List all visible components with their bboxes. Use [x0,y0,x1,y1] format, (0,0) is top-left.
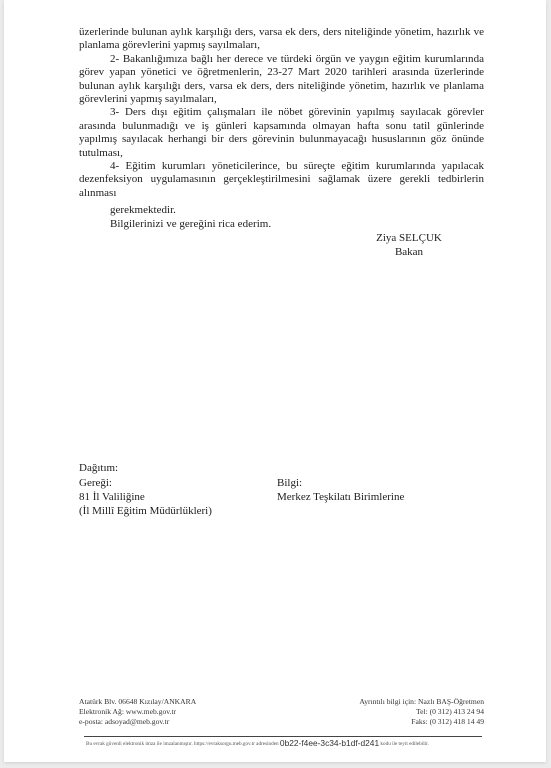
footer-web: Elektronik Ağ: www.meb.gov.tr [79,707,196,717]
letter-footer: Atatürk Blv. 06648 Kızılay/ANKARA Elektr… [79,697,484,727]
action-heading: Gereği: [79,476,277,490]
action-recipient-detail: (İl Millî Eğitim Müdürlükleri) [79,504,277,518]
signatory-name: Ziya SELÇUK [364,231,454,245]
distribution-action-column: Gereği: 81 İl Valiliğine (İl Millî Eğiti… [79,476,277,518]
paragraph-item-2: 2- Bakanlığımıza bağlı her derece ve tür… [79,53,484,107]
footer-email: e-posta: adsoyad@meb.gov.tr [79,717,196,727]
footer-contact-block: Ayrıntılı bilgi için: Nazlı BAŞ-Öğretmen… [359,697,484,727]
action-recipient: 81 İl Valiliğine [79,490,277,504]
verification-prefix: Bu evrak güvenli elektronik imza ile imz… [86,741,279,747]
signature-block: Ziya SELÇUK Bakan [364,231,454,259]
distribution-title: Dağıtım: [79,461,499,475]
footer-contact-person: Ayrıntılı bilgi için: Nazlı BAŞ-Öğretmen [359,697,484,707]
distribution-block: Dağıtım: Gereği: 81 İl Valiliğine (İl Mi… [79,461,499,518]
verification-code: 0b22-f4ee-3c34-b1df-d241 [280,738,379,748]
closing-gerekmektedir: gerekmektedir. [79,204,484,217]
document-page: üzerlerinde bulunan aylık karşılığı ders… [4,0,546,762]
paragraph-item-4: 4- Eğitim kurumları yöneticilerince, bu … [79,160,484,200]
footer-address-block: Atatürk Blv. 06648 Kızılay/ANKARA Elektr… [79,697,196,727]
paragraph-item-3: 3- Ders dışı eğitim çalışmaları ile nöbe… [79,106,484,160]
footer-divider [84,736,482,737]
e-signature-verification: Bu evrak güvenli elektronik imza ile imz… [86,738,484,749]
letter-body: üzerlerinde bulunan aylık karşılığı ders… [79,26,484,231]
footer-address: Atatürk Blv. 06648 Kızılay/ANKARA [79,697,196,707]
verification-suffix: kodu ile teyit edilebilir. [380,741,428,747]
paragraph-continuation: üzerlerinde bulunan aylık karşılığı ders… [79,26,484,53]
footer-fax: Faks: (0 312) 418 14 49 [359,717,484,727]
footer-phone: Tel: (0 312) 413 24 94 [359,707,484,717]
info-heading: Bilgi: [277,476,477,490]
distribution-info-column: Bilgi: Merkez Teşkilatı Birimlerine [277,476,477,518]
closing-request: Bilgilerinizi ve gereğini rica ederim. [79,218,484,231]
signatory-title: Bakan [364,245,454,259]
info-recipient: Merkez Teşkilatı Birimlerine [277,490,477,504]
